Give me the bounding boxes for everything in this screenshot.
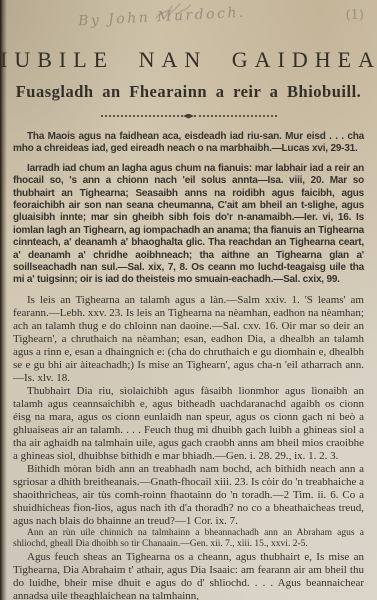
body-paragraph-scripture-epigraph-1: Tha Maois agus na faidhean aca, eisdeadh… bbox=[13, 131, 364, 156]
page-subtitle: Fuasgladh an Fhearainn a reir a Bhiobuil… bbox=[0, 82, 377, 102]
body-paragraph-land-verses: Is leis an Tighearna an talamh agus a là… bbox=[13, 294, 364, 385]
ornament-divider bbox=[101, 111, 277, 121]
page-number: (1) bbox=[346, 8, 364, 23]
scanned-book-page: { "page": { "page_number": "(1)", "handw… bbox=[0, 0, 377, 600]
body-paragraph-scripture-epigraph-2: Iarradh iad chum an lagha agus chum na f… bbox=[13, 163, 364, 287]
divider-line-right bbox=[194, 115, 277, 117]
body-paragraph-abraham-promise-note: Ann an rùn uile chinnich na talmhainn a … bbox=[13, 528, 364, 551]
body-paragraph-genesis-blessing: Thubhairt Dia riu, sìolaichibh agus fàsa… bbox=[13, 385, 364, 463]
page-title: IUBILE NAN GAIDHEAL: bbox=[0, 47, 377, 73]
divider-line-left bbox=[101, 115, 184, 117]
divider-diamond-icon bbox=[183, 114, 194, 119]
body-paragraph-husbandman-verses: Bithidh mòran bidh ann an treabhadh nam … bbox=[13, 463, 364, 528]
body-paragraph-jacob-promise: Agus feuch sheas an Tighearna os a chean… bbox=[13, 551, 364, 600]
body-text: Tha Maois agus na faidhean aca, eisdeadh… bbox=[0, 121, 377, 600]
